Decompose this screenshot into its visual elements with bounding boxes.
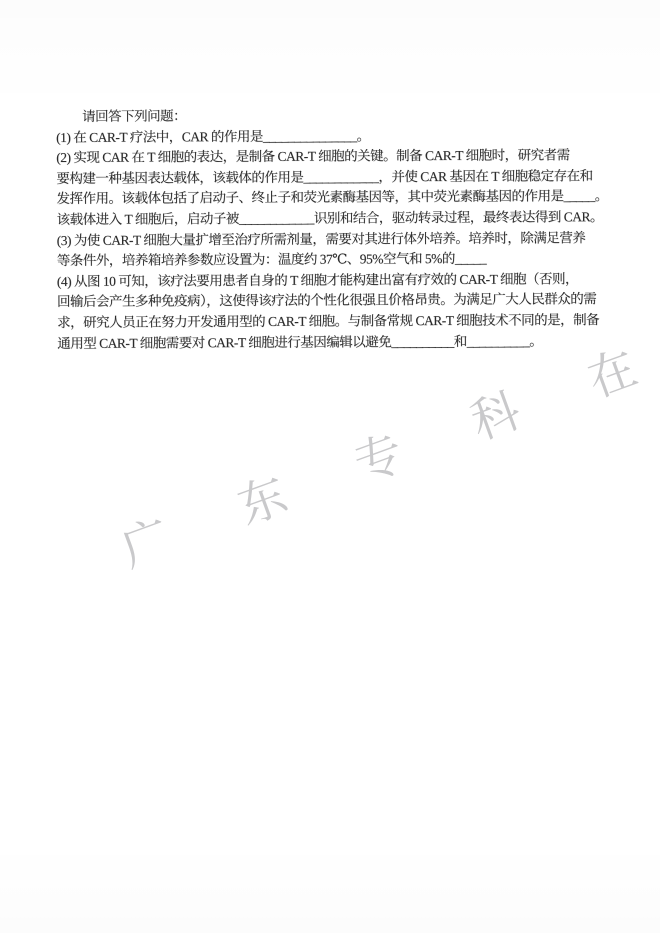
text-line: 该载体进入 T 细胞后，启动子被____________识别和结合，驱动转录过程…: [57, 207, 613, 231]
text-line: 发挥作用。该载体包括了启动子、终止子和荧光素酶基因等，其中荧光素酶基因的作用是_…: [56, 186, 612, 210]
text-line: 要构建一种基因表达载体，该载体的作用是____________，并使 CAR 基…: [56, 166, 612, 190]
text-line: (3) 为使 CAR-T 细胞大量扩增至治疗所需剂量，需要对其进行体外培养。培养…: [57, 228, 613, 252]
text-line: (4) 从图 10 可知，该疗法要用患者自身的 T 细胞才能构建出富有疗效的 C…: [57, 269, 613, 293]
text-line: 通用型 CAR-T 细胞需要对 CAR-T 细胞进行基因编辑以避免_______…: [57, 331, 613, 355]
text-line: (2) 实现 CAR 在 T 细胞的表达，是制备 CAR-T 细胞的关键。制备 …: [56, 145, 612, 169]
text-line: 求，研究人员正在努力开发通用型的 CAR-T 细胞。与制备常规 CAR-T 细胞…: [57, 310, 613, 334]
text-line: 请回答下列问题：: [56, 104, 612, 128]
question-text-block: 请回答下列问题：(1) 在 CAR-T 疗法中，CAR 的作用是________…: [56, 104, 613, 354]
text-line: (1) 在 CAR-T 疗法中，CAR 的作用是_______________。: [56, 125, 612, 149]
scanned-page: 广 东 专 科 在 线 请回答下列问题：(1) 在 CAR-T 疗法中，CAR …: [0, 0, 660, 933]
text-line: 等条件外，培养箱培养参数应设置为：温度约 37℃、95%空气和 5%的_____: [57, 248, 613, 272]
text-line: 回输后会产生多种免疫病），这使得该疗法的个性化很强且价格昂贵。为满足广大人民群众…: [57, 289, 613, 313]
